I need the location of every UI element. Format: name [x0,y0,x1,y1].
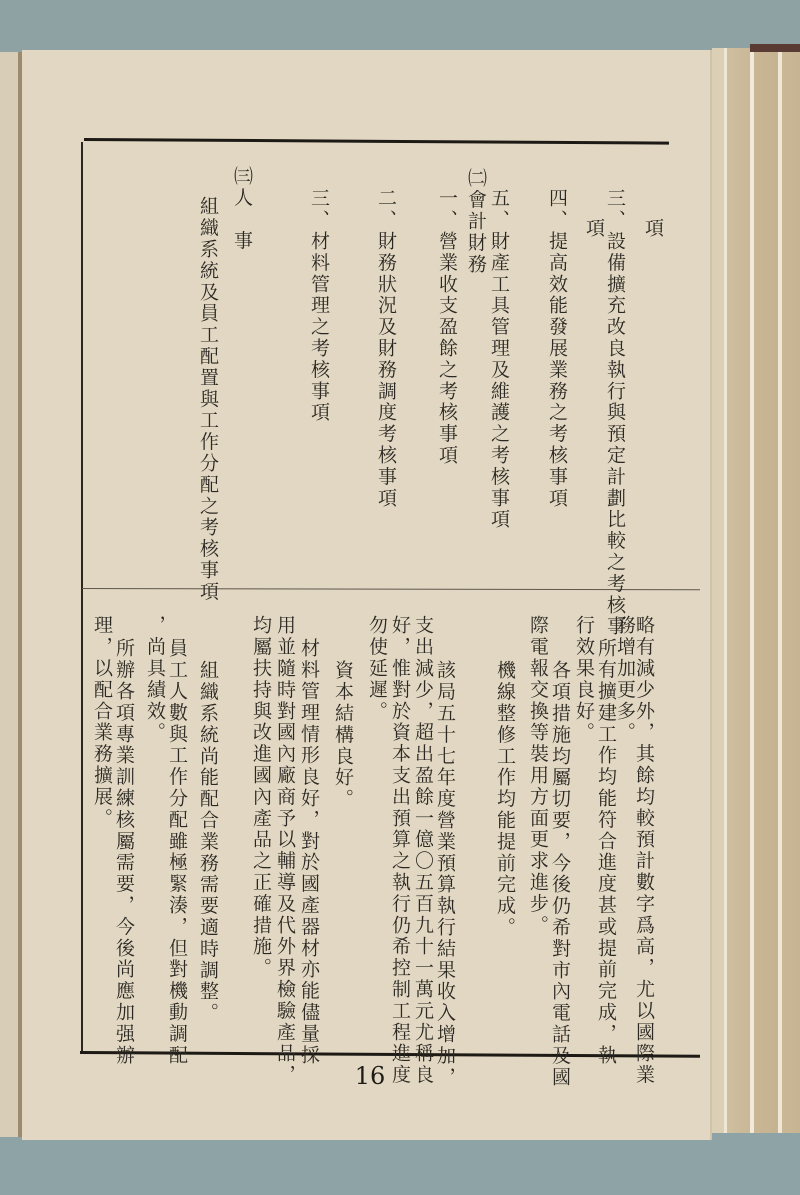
lower-column-12: 資本結構良好。 [332,660,354,810]
lower-column-5: 各項措施均屬切要，今後仍希對市內電話及國 [549,660,571,1088]
lower-column-17: 員工人數與工作分配雖極緊湊，但對機動調配 [166,638,188,1066]
page-stack-edge [712,48,800,1133]
upper-column-5: 五、財產工具管理及維護之考核事項 [488,188,510,530]
lower-column-18: ，尚具績效。 [144,615,166,743]
upper-column-6-heading: ㈡會計財務 [465,168,487,275]
lower-column-2: 務增加更多。 [614,615,636,743]
lower-column-20: 理，以配合業務擴展。 [91,615,113,829]
facing-page-edge [0,52,20,1137]
upper-column-11: 組織系統及員工配置與工作分配之考核事項 [197,196,219,603]
lower-column-1: 略有減少外，其餘均較預計數字爲高，尤以國際業 [633,615,655,1086]
upper-column-10-heading: ㈢人 事 [231,166,253,252]
upper-column-7: 一、營業收支盈餘之考核事項 [436,188,458,466]
upper-column-8: 二、財務狀況及財務調度考核事項 [375,188,397,509]
upper-column-2: 三、設備擴充改良執行與預定計劃比較之考核事 [604,188,626,637]
lower-column-13: 材料管理情形良好，對於國產器材亦能儘量採 [298,638,320,1066]
cover-corner [750,44,800,52]
lower-column-15: 均屬扶持與改進國內產品之正確措施。 [250,615,272,979]
lower-column-19: 所辦各項專業訓練核屬需要，今後尚應加强辦 [113,638,135,1066]
lower-column-9: 支出減少，超出盈餘一億〇五百九十一萬元尤稱良 [412,615,434,1086]
page-number: 16 [350,1062,390,1090]
upper-column-4: 四、提高效能發展業務之考核事項 [546,188,568,509]
lower-column-11: 勿使延遲。 [366,615,388,722]
upper-column-1: 項 [642,218,664,239]
table-left-rule [81,142,83,1054]
upper-column-3: 項 [583,218,605,239]
lower-column-8: 該局五十七年度營業預算執行結果收入增加， [434,660,456,1088]
lower-column-3: 所有擴建工作均能符合進度甚或提前完成，執 [595,638,617,1066]
lower-column-4: 行效果良好。 [573,615,595,743]
lower-column-16: 組織系統尚能配合業務需要適時調整。 [197,660,219,1024]
upper-column-9: 三、材料管理之考核事項 [308,188,330,423]
backdrop-top [0,0,800,50]
lower-column-14: 用並隨時對國內廠商予以輔導及代外界檢驗產品， [274,615,296,1086]
lower-column-7: 機線整修工作均能提前完成。 [494,660,516,938]
lower-column-6: 際電報交換等裝用方面更求進步。 [527,615,549,936]
lower-column-10: 好，惟對於資本支出預算之執行仍希控制工程進度 [389,615,411,1086]
